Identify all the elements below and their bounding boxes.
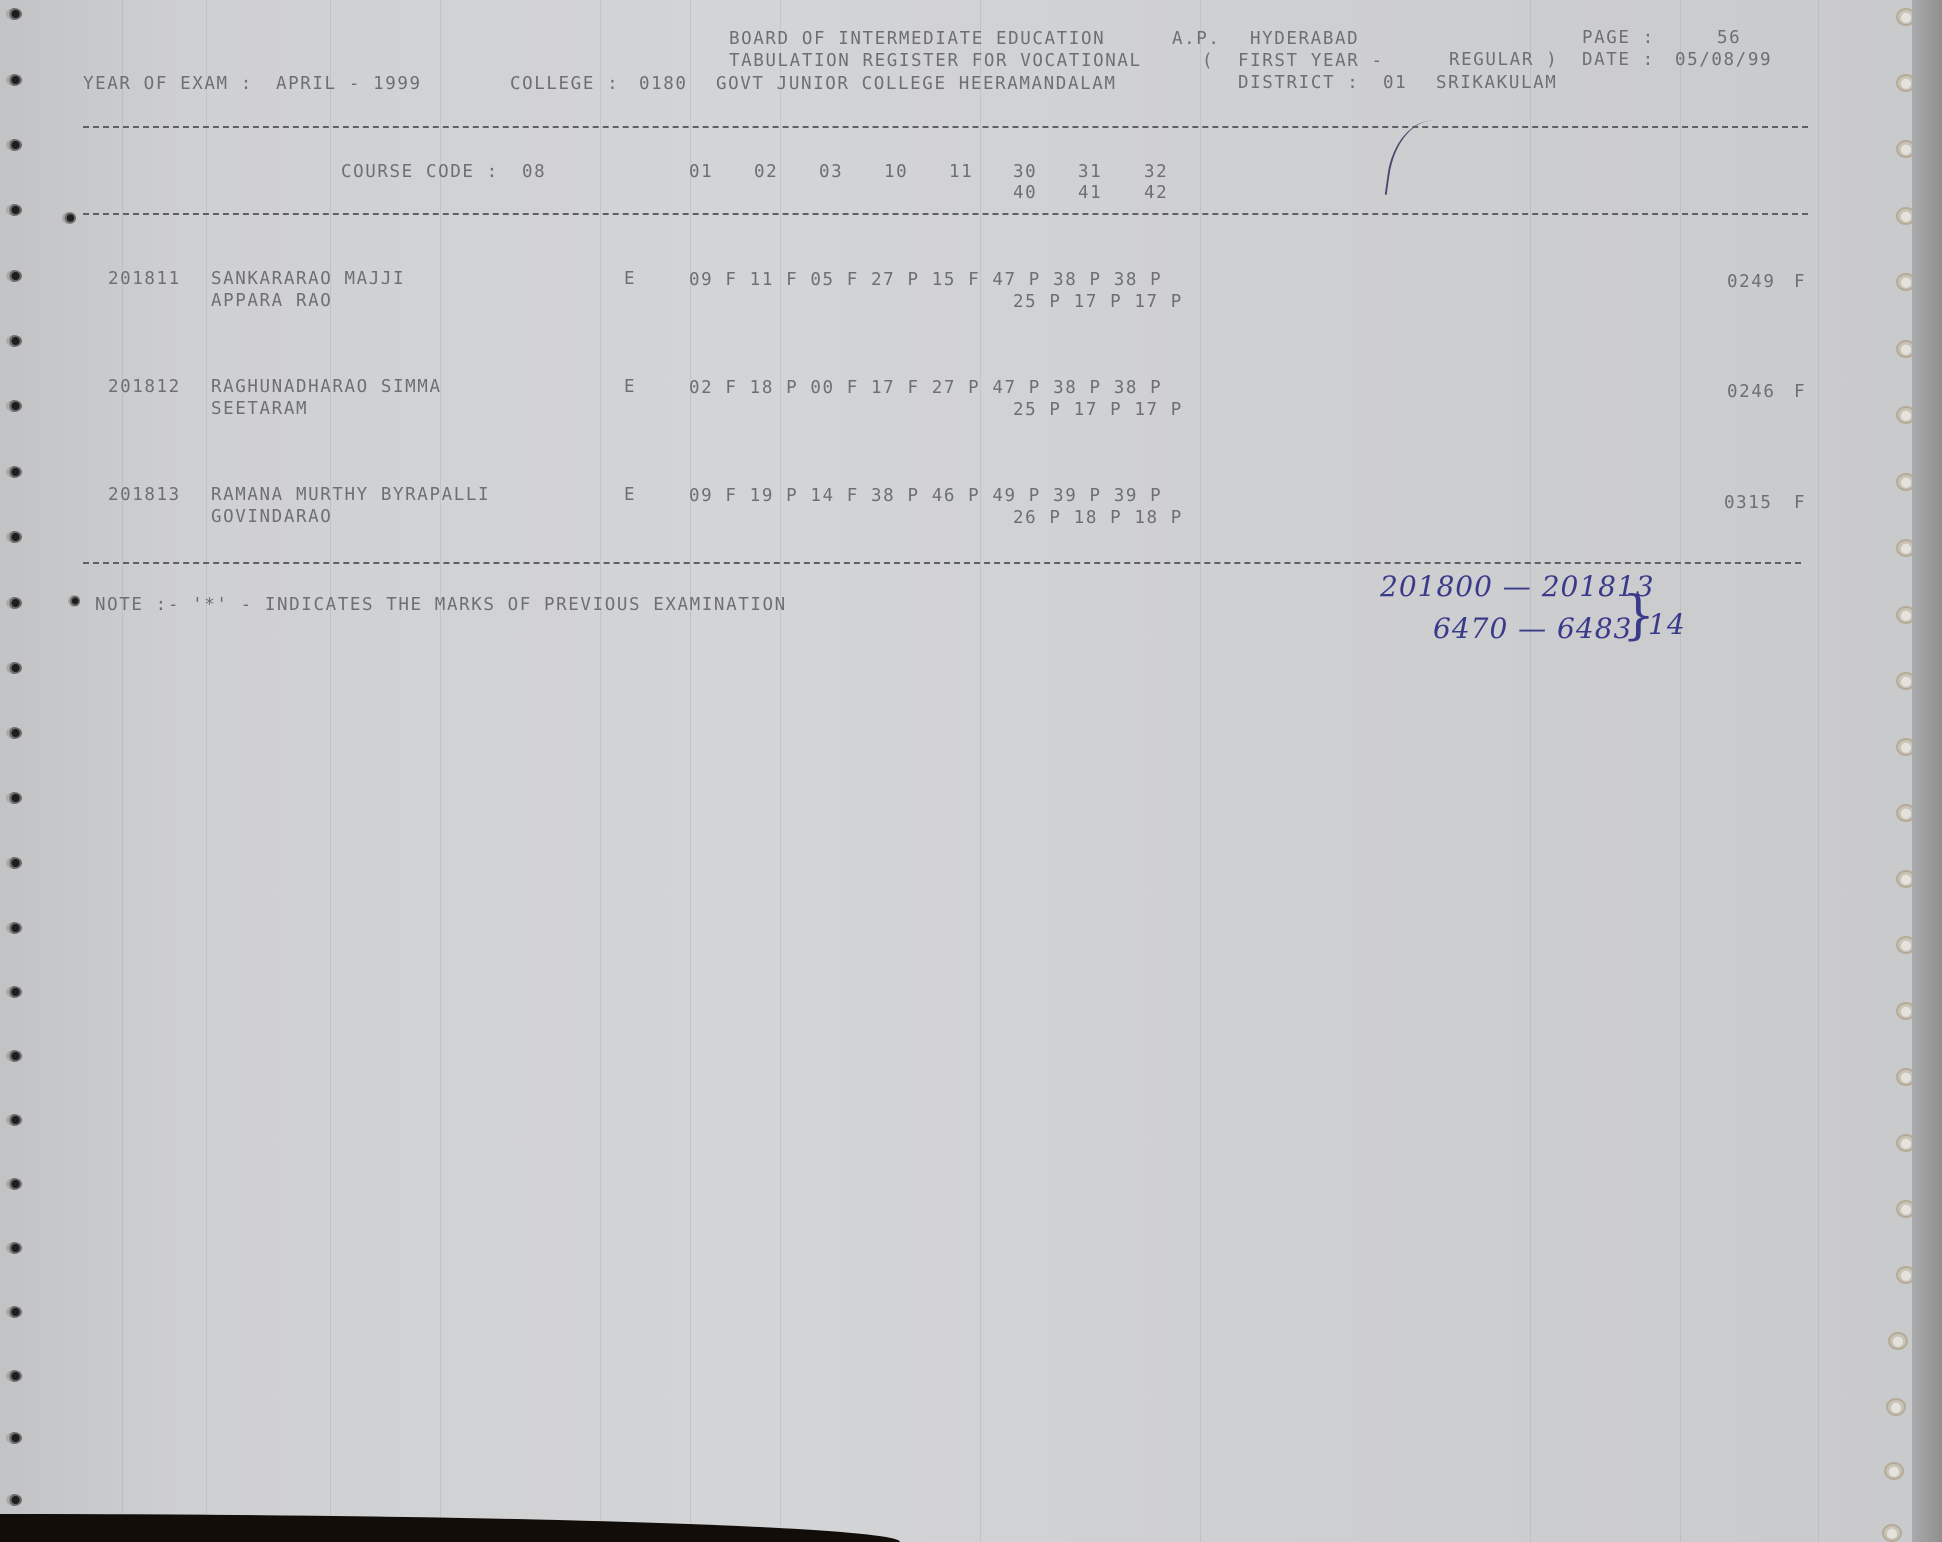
medium: E bbox=[624, 485, 636, 505]
tractor-hole-icon bbox=[1896, 672, 1912, 690]
tractor-hole-icon bbox=[1896, 870, 1912, 888]
tractor-hole-icon bbox=[1896, 140, 1912, 158]
result-status: F bbox=[1794, 272, 1806, 292]
form-guide-line bbox=[600, 0, 601, 1542]
register-sheet: BOARD OF INTERMEDIATE EDUCATION A.P. HYD… bbox=[0, 0, 1912, 1542]
tractor-hole-icon bbox=[6, 8, 22, 20]
tractor-hole-icon bbox=[1896, 74, 1912, 92]
tractor-hole-icon bbox=[1888, 1332, 1908, 1350]
student-name-line2: APPARA RAO bbox=[211, 291, 332, 311]
tractor-hole-icon bbox=[6, 922, 22, 934]
subject-code: 11 bbox=[949, 162, 973, 182]
college-code: 0180 bbox=[639, 74, 688, 94]
subject-code: 32 bbox=[1144, 162, 1168, 182]
result-status: F bbox=[1794, 493, 1806, 513]
student-name: SANKARARAO MAJJI bbox=[211, 269, 405, 289]
tractor-hole-icon bbox=[1896, 738, 1912, 756]
tractor-hole-icon bbox=[6, 270, 22, 282]
tractor-hole-icon bbox=[1896, 273, 1912, 291]
marks-row-2: 25 P 17 P 17 P bbox=[1013, 400, 1183, 420]
tractor-hole-icon bbox=[1896, 936, 1912, 954]
form-guide-line bbox=[330, 0, 331, 1542]
tractor-hole-icon bbox=[1884, 1462, 1904, 1480]
hall-ticket-number: 201813 bbox=[108, 485, 181, 505]
total-marks: 0246 bbox=[1727, 382, 1776, 402]
district-name: SRIKAKULAM bbox=[1436, 73, 1557, 93]
form-guide-line bbox=[122, 0, 123, 1542]
tractor-hole-icon bbox=[6, 986, 22, 998]
handwritten-range-2: 6470 — 6483 bbox=[1433, 612, 1632, 645]
tractor-hole-icon bbox=[1896, 539, 1912, 557]
tractor-hole-icon bbox=[6, 727, 22, 739]
tractor-hole-icon bbox=[6, 1050, 22, 1062]
tractor-hole-icon bbox=[6, 662, 22, 674]
tractor-hole-icon bbox=[1896, 804, 1912, 822]
top-separator bbox=[83, 126, 1808, 128]
date-label: DATE : bbox=[1582, 50, 1655, 70]
page-label: PAGE : bbox=[1582, 28, 1655, 48]
tractor-hole-icon bbox=[1896, 1068, 1912, 1086]
district-code: 01 bbox=[1383, 73, 1407, 93]
student-name: RAGHUNADHARAO SIMMA bbox=[211, 377, 442, 397]
tractor-hole-icon bbox=[6, 1114, 22, 1126]
total-marks: 0249 bbox=[1727, 272, 1776, 292]
note-text: NOTE :- '*' - INDICATES THE MARKS OF PRE… bbox=[95, 595, 787, 615]
punch-mark-icon bbox=[62, 212, 76, 224]
tractor-hole-icon bbox=[1886, 1398, 1906, 1416]
city-name: HYDERABAD bbox=[1250, 29, 1359, 49]
tractor-hole-icon bbox=[6, 857, 22, 869]
tractor-hole-icon bbox=[6, 400, 22, 412]
subject-code: 41 bbox=[1078, 183, 1102, 203]
handwritten-count: 14 bbox=[1648, 608, 1686, 641]
subject-code: 03 bbox=[819, 162, 843, 182]
hall-ticket-number: 201812 bbox=[108, 377, 181, 397]
tractor-hole-icon bbox=[1896, 8, 1912, 26]
college-name: GOVT JUNIOR COLLEGE HEERAMANDALAM bbox=[716, 74, 1116, 94]
page-number: 56 bbox=[1717, 28, 1741, 48]
tractor-hole-icon bbox=[1896, 473, 1912, 491]
form-guide-line bbox=[206, 0, 207, 1542]
tractor-hole-icon bbox=[6, 74, 22, 86]
subject-code: 42 bbox=[1144, 183, 1168, 203]
tractor-hole-icon bbox=[6, 531, 22, 543]
course-code-label: COURSE CODE : bbox=[341, 162, 499, 182]
tractor-hole-icon bbox=[1896, 1266, 1912, 1284]
tractor-hole-icon bbox=[6, 597, 22, 609]
punch-mark-icon bbox=[68, 595, 80, 607]
form-guide-line bbox=[690, 0, 691, 1542]
marks-row: 02 F 18 P 00 F 17 F 27 P 47 P 38 P 38 P bbox=[689, 378, 1162, 398]
course-code-value: 08 bbox=[522, 162, 546, 182]
total-marks: 0315 bbox=[1724, 493, 1773, 513]
form-guide-line bbox=[1200, 0, 1201, 1542]
tractor-hole-icon bbox=[6, 1306, 22, 1318]
regular-label: REGULAR ) bbox=[1449, 50, 1558, 70]
tractor-hole-icon bbox=[1882, 1524, 1902, 1542]
tractor-hole-icon bbox=[6, 1494, 22, 1506]
tractor-hole-icon bbox=[6, 139, 22, 151]
date-value: 05/08/99 bbox=[1675, 50, 1772, 70]
exam-value: APRIL - 1999 bbox=[276, 74, 422, 94]
marks-row-2: 26 P 18 P 18 P bbox=[1013, 508, 1183, 528]
exam-label: YEAR OF EXAM : bbox=[83, 74, 253, 94]
pen-mark bbox=[1385, 115, 1438, 200]
tractor-hole-icon bbox=[6, 1242, 22, 1254]
form-guide-line bbox=[440, 0, 441, 1542]
medium: E bbox=[624, 377, 636, 397]
tractor-hole-icon bbox=[1896, 606, 1912, 624]
register-title: TABULATION REGISTER FOR VOCATIONAL bbox=[729, 51, 1142, 71]
tractor-hole-icon bbox=[6, 466, 22, 478]
student-name: RAMANA MURTHY BYRAPALLI bbox=[211, 485, 490, 505]
page-edge-shadow bbox=[1912, 0, 1942, 1542]
form-guide-line bbox=[1680, 0, 1681, 1542]
state-name: A.P. bbox=[1172, 29, 1221, 49]
result-status: F bbox=[1794, 382, 1806, 402]
header-separator bbox=[83, 213, 1808, 215]
college-label: COLLEGE : bbox=[510, 74, 619, 94]
tractor-hole-icon bbox=[1896, 1134, 1912, 1152]
subject-code: 02 bbox=[754, 162, 778, 182]
tractor-hole-icon bbox=[1896, 406, 1912, 424]
tractor-hole-icon bbox=[6, 1178, 22, 1190]
paren-open: ( bbox=[1202, 51, 1214, 71]
form-guide-line bbox=[1818, 0, 1819, 1542]
marks-row: 09 F 11 F 05 F 27 P 15 F 47 P 38 P 38 P bbox=[689, 270, 1162, 290]
district-label: DISTRICT : bbox=[1238, 73, 1359, 93]
tractor-hole-icon bbox=[1896, 340, 1912, 358]
student-name-line2: GOVINDARAO bbox=[211, 507, 332, 527]
subject-code: 01 bbox=[689, 162, 713, 182]
marks-row-2: 25 P 17 P 17 P bbox=[1013, 292, 1183, 312]
subject-code: 10 bbox=[884, 162, 908, 182]
form-guide-line bbox=[780, 0, 781, 1542]
medium: E bbox=[624, 269, 636, 289]
tractor-hole-icon bbox=[6, 792, 22, 804]
student-name-line2: SEETARAM bbox=[211, 399, 308, 419]
subject-code: 31 bbox=[1078, 162, 1102, 182]
marks-row: 09 F 19 P 14 F 38 P 46 P 49 P 39 P 39 P bbox=[689, 486, 1162, 506]
tractor-hole-icon bbox=[1896, 207, 1912, 225]
subject-code: 30 bbox=[1013, 162, 1037, 182]
hall-ticket-number: 201811 bbox=[108, 269, 181, 289]
board-name: BOARD OF INTERMEDIATE EDUCATION bbox=[729, 29, 1105, 49]
subject-code: 40 bbox=[1013, 183, 1037, 203]
year-type: FIRST YEAR - bbox=[1238, 51, 1384, 71]
bottom-separator bbox=[83, 562, 1801, 564]
tractor-hole-icon bbox=[6, 1432, 22, 1444]
tractor-hole-icon bbox=[1896, 1002, 1912, 1020]
tractor-hole-icon bbox=[6, 335, 22, 347]
tractor-hole-icon bbox=[1896, 1200, 1912, 1218]
form-guide-line bbox=[980, 0, 981, 1542]
tractor-hole-icon bbox=[6, 1370, 22, 1382]
form-guide-line bbox=[1530, 0, 1531, 1542]
handwritten-range-1: 201800 — 201813 bbox=[1380, 570, 1655, 603]
tractor-hole-icon bbox=[6, 204, 22, 216]
